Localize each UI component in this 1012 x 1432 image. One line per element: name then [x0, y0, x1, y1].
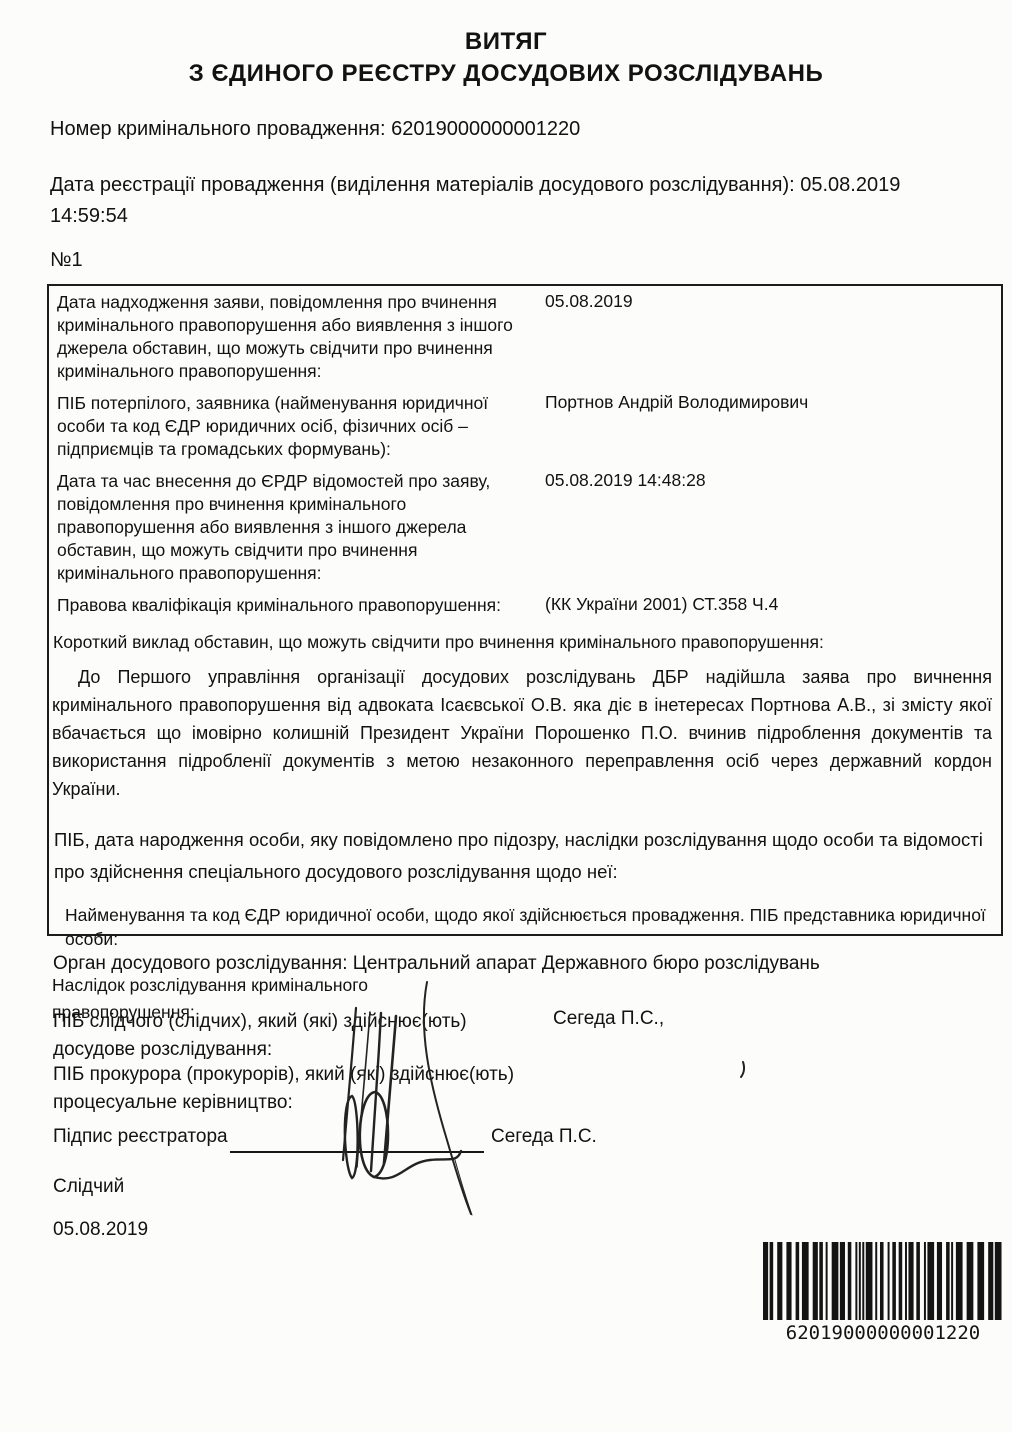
- row-label: Правова кваліфікація кримінального право…: [57, 594, 529, 617]
- investigator-title: Слідчий: [53, 1176, 124, 1198]
- authority-value: Центральний апарат Державного бюро розсл…: [353, 953, 820, 974]
- row-label: ПІБ потерпілого, заявника (найменування …: [57, 392, 529, 461]
- registrar-signature-label: Підпис реєстратора: [53, 1126, 228, 1148]
- case-number-line: Номер кримінального провадження: 6201900…: [50, 118, 580, 141]
- barcode-block: 62019000000001220: [763, 1242, 1003, 1344]
- table-row: Дата та час внесення до ЄРДР відомостей …: [57, 470, 993, 585]
- registration-line: Дата реєстрації провадження (виділення м…: [50, 170, 970, 232]
- authority-label: Орган досудового розслідування:: [53, 953, 348, 974]
- row-value: 05.08.2019 14:48:28: [545, 470, 706, 491]
- table-row: Правова кваліфікація кримінального право…: [57, 594, 993, 617]
- document-title: ВИТЯГ: [0, 26, 1012, 58]
- registration-label: Дата реєстрації провадження (виділення м…: [50, 174, 795, 196]
- row-value: Портнов Андрій Володимирович: [545, 392, 808, 413]
- table-row: Дата надходження заяви, повідомлення про…: [57, 291, 993, 383]
- details-table: Дата надходження заяви, повідомлення про…: [47, 284, 1003, 936]
- document-subtitle: З ЄДИНОГО РЕЄСТРУ ДОСУДОВИХ РОЗСЛІДУВАНЬ: [0, 58, 1012, 90]
- document-page: ВИТЯГ З ЄДИНОГО РЕЄСТРУ ДОСУДОВИХ РОЗСЛІ…: [0, 0, 1012, 1432]
- prosecutor-label: ПІБ прокурора (прокурорів), який (які) з…: [53, 1061, 523, 1117]
- row-label: Дата надходження заяви, повідомлення про…: [57, 291, 529, 383]
- investigator-value: Сегеда П.С.,: [553, 1008, 664, 1030]
- investigator-label: ПІБ слідчого (слідчих), який (які) здійс…: [53, 1008, 553, 1064]
- row-label: Дата та час внесення до ЄРДР відомостей …: [57, 470, 529, 585]
- authority-line: Орган досудового розслідування: Централь…: [53, 953, 820, 975]
- record-number: №1: [50, 249, 83, 272]
- row-value: 05.08.2019: [545, 291, 633, 312]
- legal-entity-label: Найменування та код ЄДР юридичної особи,…: [57, 903, 993, 951]
- suspect-label: ПІБ, дата народження особи, яку повідомл…: [54, 824, 993, 888]
- registration-time: 14:59:54: [50, 201, 970, 232]
- table-row: ПІБ потерпілого, заявника (найменування …: [57, 392, 993, 461]
- barcode-icon: [763, 1242, 1003, 1320]
- case-number-label: Номер кримінального провадження:: [50, 118, 386, 140]
- document-title-block: ВИТЯГ З ЄДИНОГО РЕЄСТРУ ДОСУДОВИХ РОЗСЛІ…: [0, 26, 1012, 90]
- barcode-bars: [763, 1242, 1002, 1320]
- summary-heading: Короткий виклад обставин, що можуть свід…: [53, 632, 993, 653]
- document-date: 05.08.2019: [53, 1219, 148, 1241]
- registration-text: Дата реєстрації провадження (виділення м…: [50, 170, 970, 201]
- registrar-name: Сегеда П.С.: [491, 1126, 597, 1148]
- summary-text: До Першого управління організації досудо…: [52, 663, 992, 803]
- case-number-value: 62019000000001220: [391, 118, 580, 140]
- signature-line: [230, 1121, 484, 1153]
- registration-date: 05.08.2019: [800, 174, 900, 196]
- row-value: (КК України 2001) СТ.358 Ч.4: [545, 594, 778, 615]
- barcode-number: 62019000000001220: [763, 1322, 1003, 1344]
